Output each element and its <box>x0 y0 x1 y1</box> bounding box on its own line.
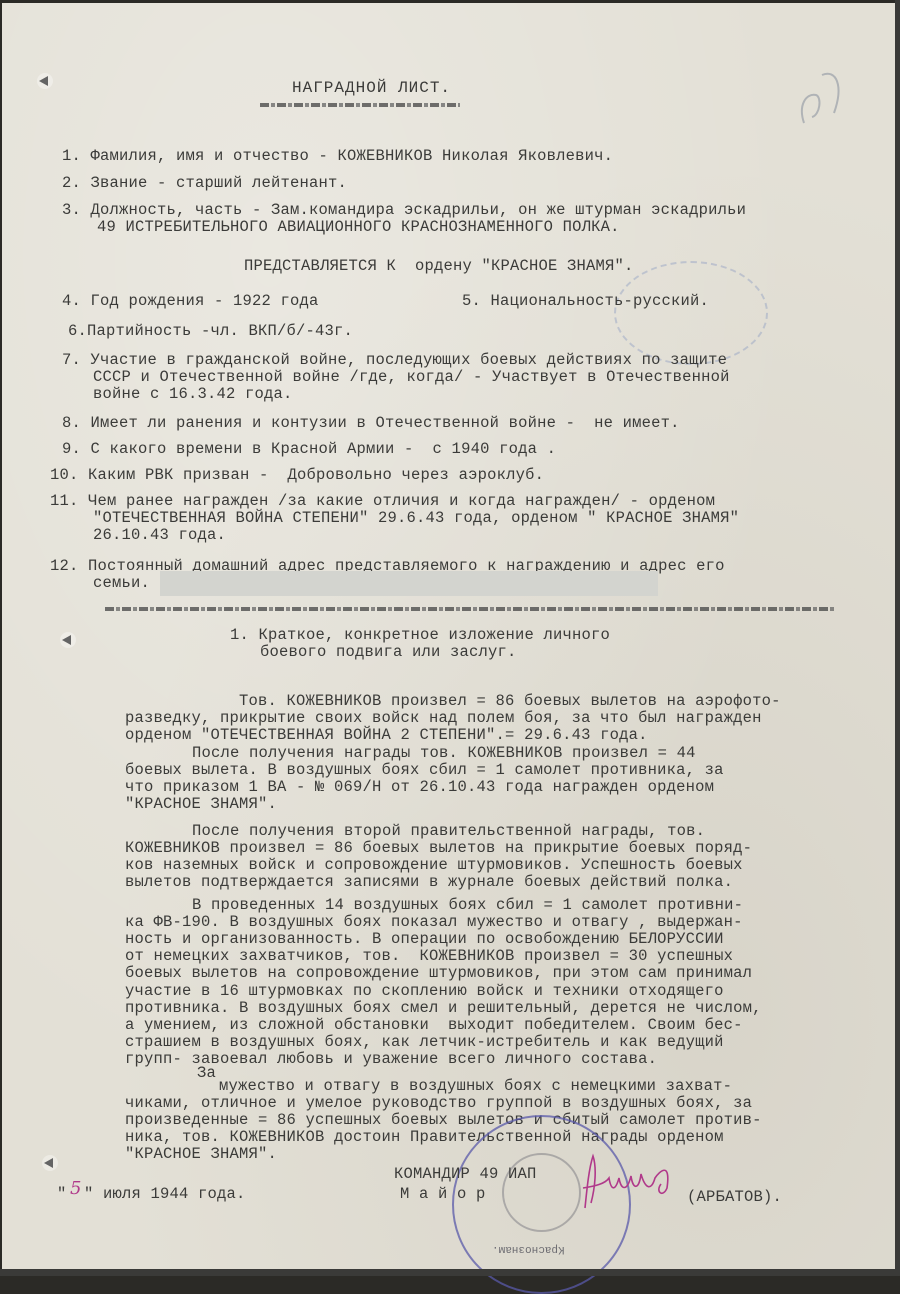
narrative-line: разведку, прикрытие своих войск над поле… <box>125 710 762 726</box>
commander-rank: М а й о р <box>400 1186 486 1202</box>
field-5-nationality: 5. Национальность-русский. <box>462 293 709 309</box>
field-8-wounds: 8. Имеет ли ранения и контузии в Отечест… <box>62 415 680 431</box>
narrative-line: ника, тов. КОЖЕВНИКОВ достоин Правительс… <box>125 1129 724 1145</box>
field-3-position: 3. Должность, часть - Зам.командира эска… <box>62 202 746 218</box>
field-7-line2: СССР и Отечественной войне /где, когда/ … <box>93 369 730 385</box>
narrative-line: Тов. КОЖЕВНИКОВ произвел = 86 боевых выл… <box>239 693 781 709</box>
narrative-line: В проведенных 14 воздушных боях сбил = 1… <box>192 897 743 913</box>
nomination-line: ПРЕДСТАВЛЯЕТСЯ К ордену "КРАСНОЕ ЗНАМЯ". <box>244 258 634 274</box>
field-11-line3: 26.10.43 года. <box>93 527 226 543</box>
document-title: НАГРАДНОЙ ЛИСТ. <box>292 80 451 96</box>
field-4-birth-year: 4. Год рождения - 1922 года <box>62 293 319 309</box>
narrative-line: от немецких захватчиков, тов. КОЖЕВНИКОВ… <box>125 948 733 964</box>
narrative-line: произведенные = 86 успешных боевых вылет… <box>125 1112 762 1128</box>
handwritten-corner-mark <box>792 65 852 130</box>
field-7-participation: 7. Участие в гражданской войне, последую… <box>62 352 727 368</box>
date-quote-open: " <box>57 1186 67 1202</box>
redacted-address <box>160 571 658 596</box>
date-day-handwritten: 5 <box>70 1178 81 1199</box>
commander-signature <box>575 1148 685 1223</box>
faint-stamp <box>614 261 768 365</box>
field-1-name: 1. Фамилия, имя и отчество - КОЖЕВНИКОВ … <box>62 148 613 164</box>
narrative-line: что приказом 1 ВА - № 069/Н от 26.10.43 … <box>125 779 714 795</box>
narrative-line: ность и организованность. В операции по … <box>125 931 724 947</box>
narrative-line: противника. В воздушных боях смел и реши… <box>125 1000 762 1016</box>
field-11-line2: "ОТЕЧЕСТВЕННАЯ ВОЙНА СТЕПЕНИ" 29.6.43 го… <box>93 510 739 526</box>
award-sheet-page: НАГРАДНОЙ ЛИСТ. 1. Фамилия, имя и отчест… <box>2 3 895 1269</box>
section-heading-line1: 1. Краткое, конкретное изложение личного <box>230 627 610 643</box>
punch-hole-middle <box>62 635 71 645</box>
narrative-line: вылетов подтверждается записями в журнал… <box>125 874 733 890</box>
section-divider <box>105 607 835 611</box>
title-underline <box>260 103 460 107</box>
field-9-service-since: 9. С какого времени в Красной Армии - с … <box>62 441 556 457</box>
narrative-line: После получения награды тов. КОЖЕВНИКОВ … <box>192 745 696 761</box>
commander-name: (АРБАТОВ). <box>687 1189 782 1205</box>
field-12-line2: семьи. <box>93 575 150 591</box>
narrative-line: страшием в воздушных боях, как летчик-ис… <box>125 1034 724 1050</box>
seal-text: Краснознам. <box>492 1243 565 1255</box>
field-2-rank: 2. Звание - старший лейтенант. <box>62 175 347 191</box>
scan-edge-right <box>895 0 900 1276</box>
date-rest: " июля 1944 года. <box>84 1186 246 1202</box>
field-3-unit: 49 ИСТРЕБИТЕЛЬНОГО АВИАЦИОННОГО КРАСНОЗН… <box>97 219 620 235</box>
narrative-line: а умением, из сложной обстановки выходит… <box>125 1017 743 1033</box>
punch-hole-top <box>39 76 48 86</box>
commander-title: КОМАНДИР 49 ИАП <box>394 1166 537 1182</box>
narrative-line: участие в 16 штурмовках по скоплению вой… <box>125 983 724 999</box>
narrative-line: После получения второй правительственной… <box>192 823 705 839</box>
field-7-line3: войне с 16.3.42 года. <box>93 386 293 402</box>
field-6-party: 6.Партийность -чл. ВКП/б/-43г. <box>68 323 353 339</box>
scan-edge-bottom <box>0 1269 900 1276</box>
narrative-line: "КРАСНОЕ ЗНАМЯ". <box>125 796 277 812</box>
section-heading-line2: боевого подвига или заслуг. <box>260 644 517 660</box>
narrative-line: боевых вылета. В воздушных боях сбил = 1… <box>125 762 724 778</box>
narrative-line: За <box>197 1065 216 1081</box>
narrative-line: чиками, отличное и умелое руководство гр… <box>125 1095 752 1111</box>
narrative-line: ка ФВ-190. В воздушных боях показал муже… <box>125 914 743 930</box>
narrative-line: мужество и отвагу в воздушных боях с нем… <box>219 1078 732 1094</box>
field-10-draft-office: 10. Каким РВК призван - Добровольно чере… <box>50 467 544 483</box>
narrative-line: ков наземных войск и сопровождение штурм… <box>125 857 743 873</box>
narrative-line: "КРАСНОЕ ЗНАМЯ". <box>125 1146 277 1162</box>
narrative-line: КОЖЕВНИКОВ произвел = 86 боевых вылетов … <box>125 840 752 856</box>
punch-hole-bottom <box>44 1158 53 1168</box>
narrative-line: орденом "ОТЕЧЕСТВЕННАЯ ВОЙНА 2 СТЕПЕНИ".… <box>125 727 648 743</box>
narrative-line: боевых вылетов на сопровождение штурмови… <box>125 965 752 981</box>
field-11-prior-awards: 11. Чем ранее награжден /за какие отличи… <box>50 493 715 509</box>
